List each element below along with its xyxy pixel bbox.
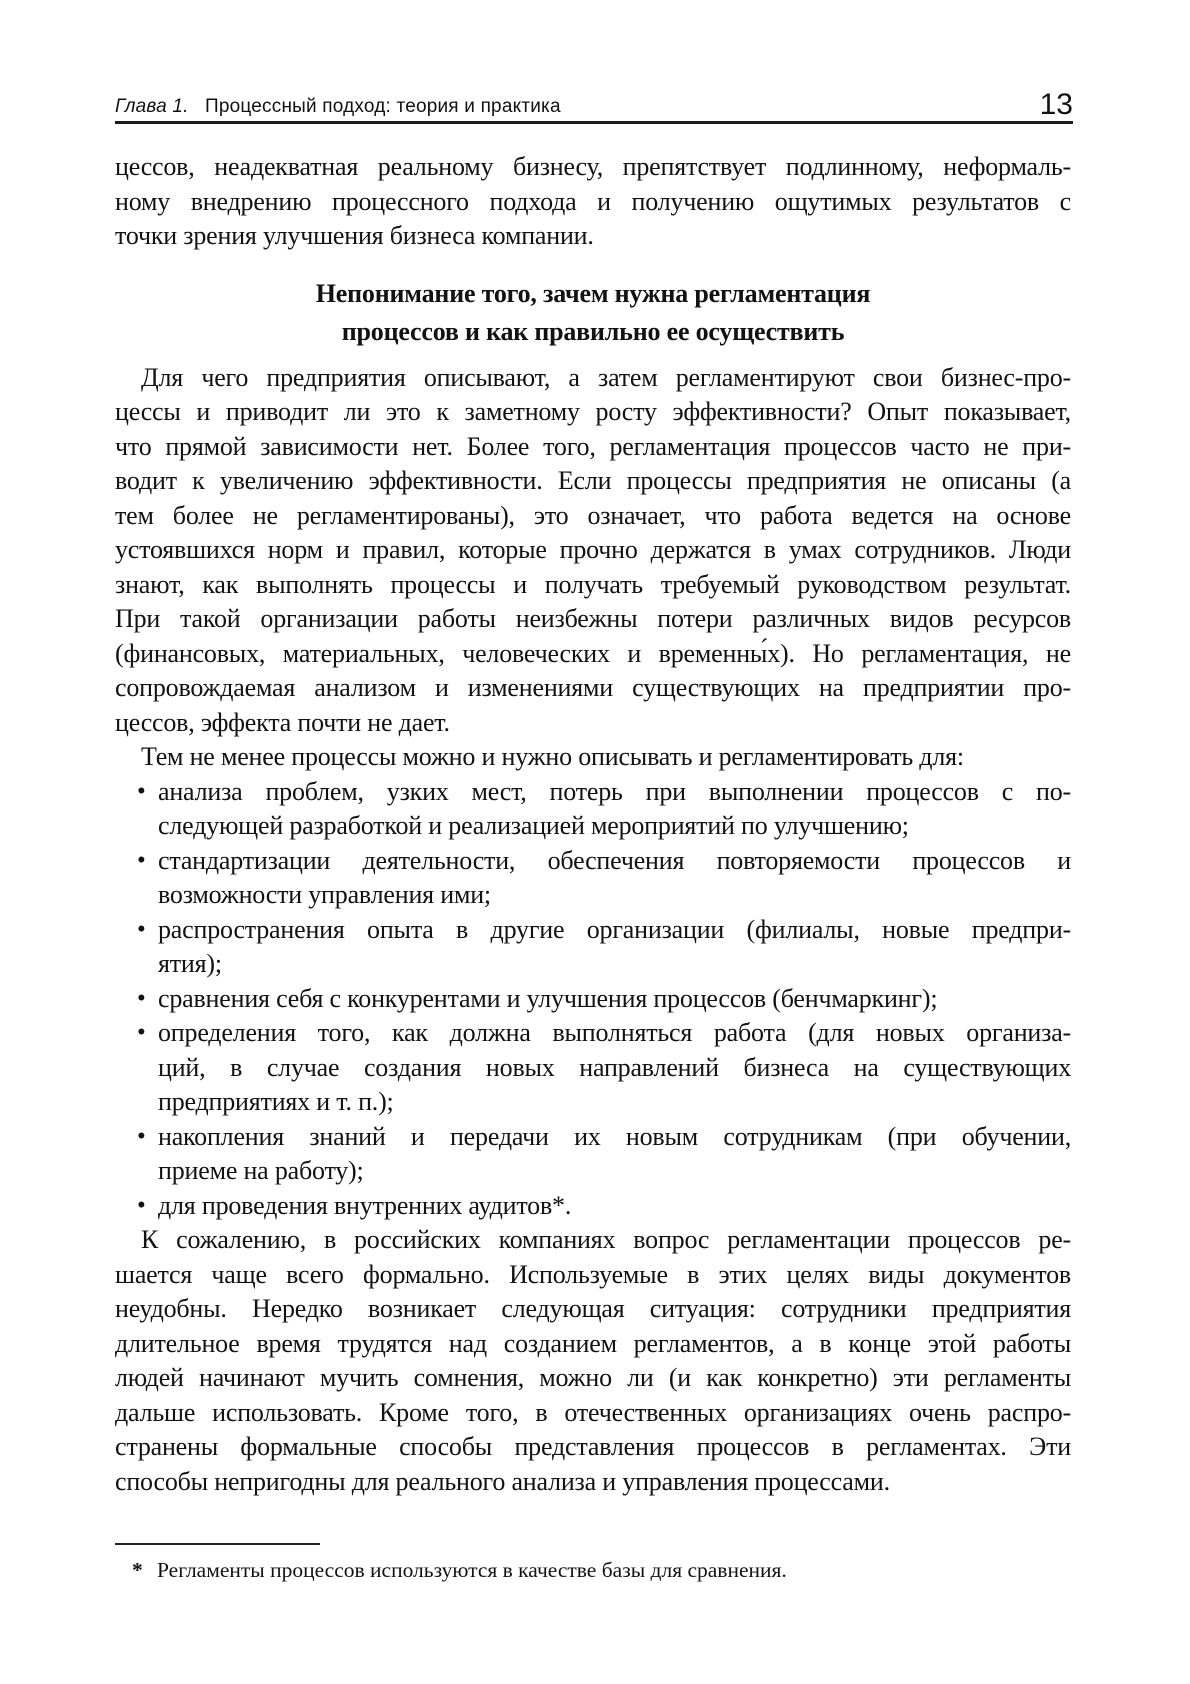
page-header: Глава 1. Процессный подход: теория и пра… — [115, 92, 1073, 124]
bullet-icon: • — [115, 913, 158, 948]
text-line: Для чего предприятия описывают, а затем … — [115, 361, 1071, 396]
text-line: К сожалению, в российских компаниях вопр… — [115, 1223, 1071, 1258]
text-line: накопления знаний и передачи их новым со… — [158, 1120, 1071, 1155]
paragraph-closing: К сожалению, в российских компаниях вопр… — [115, 1223, 1071, 1499]
text-line: При такой организации работы неизбежны п… — [115, 602, 1071, 637]
bullet-item: • накопления знаний и передачи их новым … — [115, 1120, 1071, 1189]
text-line: Тем не менее процессы можно и нужно опис… — [115, 740, 1071, 775]
text-line: Непонимание того, зачем нужна регламента… — [115, 275, 1071, 313]
text-line: сравнения себя с конкурентами и улучшени… — [158, 982, 1071, 1017]
text-line: ному внедрению процессного подхода и пол… — [115, 185, 1071, 220]
bullet-icon: • — [115, 1016, 158, 1051]
text-line: дальше использовать. Кроме того, в отече… — [115, 1396, 1071, 1431]
text-line: людей начинают мучить сомнения, можно ли… — [115, 1361, 1071, 1396]
bullet-list: • анализа проблем, узких мест, потерь пр… — [115, 775, 1071, 1224]
chapter-title: Процессный подход: теория и практика — [205, 96, 561, 117]
bullet-icon: • — [115, 1120, 158, 1155]
text-line: длительное время трудятся над созданием … — [115, 1327, 1071, 1362]
chapter-heading: Глава 1. Процессный подход: теория и пра… — [115, 96, 561, 118]
bullet-icon: • — [115, 982, 158, 1017]
bullet-item: • сравнения себя с конкурентами и улучше… — [115, 982, 1071, 1017]
text-line: что прямой зависимости нет. Более того, … — [115, 430, 1071, 465]
footnote-separator-rule — [115, 1543, 320, 1545]
paragraph-continuation: цессов, неадекватная реальному бизнесу, … — [115, 150, 1071, 254]
bullet-text: для проведения внутренних аудитов*. — [158, 1189, 1071, 1224]
text-line: определения того, как должна выполняться… — [158, 1016, 1071, 1051]
bullet-text: накопления знаний и передачи их новым со… — [158, 1120, 1071, 1189]
text-line: стандартизации деятельности, обеспечения… — [158, 844, 1071, 879]
footnote: * Регламенты процессов используются в ка… — [115, 1543, 1071, 1584]
text-line: цессы и приводит ли это к заметному рост… — [115, 395, 1071, 430]
bullet-icon: • — [115, 1189, 158, 1224]
text-line: водит к увеличению эффективности. Если п… — [115, 464, 1071, 499]
bullet-text: стандартизации деятельности, обеспечения… — [158, 844, 1071, 913]
page-body: цессов, неадекватная реальному бизнесу, … — [115, 150, 1071, 1584]
bullet-text: определения того, как должна выполняться… — [158, 1016, 1071, 1120]
bullet-item: • анализа проблем, узких мест, потерь пр… — [115, 775, 1071, 844]
text-line: неудобны. Нередко возникает следующая си… — [115, 1292, 1071, 1327]
text-line: сопровождаемая анализом и изменениями су… — [115, 671, 1071, 706]
bullet-text: анализа проблем, узких мест, потерь при … — [158, 775, 1071, 844]
text-line: для проведения внутренних аудитов*. — [158, 1189, 1071, 1224]
bullet-text: сравнения себя с конкурентами и улучшени… — [158, 982, 1071, 1017]
text-line: процессов и как правильно ее осуществить — [115, 313, 1071, 351]
paragraph-main: Для чего предприятия описывают, а затем … — [115, 361, 1071, 741]
page-number: 13 — [1040, 92, 1073, 118]
bullet-icon: • — [115, 844, 158, 879]
bullet-text: распространения опыта в другие организац… — [158, 913, 1071, 982]
bullet-item: • определения того, как должна выполнять… — [115, 1016, 1071, 1120]
text-line: устоявшихся норм и правил, которые прочн… — [115, 533, 1071, 568]
text-line: тем более не регламентированы), это озна… — [115, 499, 1071, 534]
bullet-icon: • — [115, 775, 158, 810]
book-page: Глава 1. Процессный подход: теория и пра… — [0, 0, 1190, 1684]
text-line: распространения опыта в другие организац… — [158, 913, 1071, 948]
list-intro: Тем не менее процессы можно и нужно опис… — [115, 740, 1071, 775]
footnote-marker: * — [115, 1557, 157, 1584]
section-heading: Непонимание того, зачем нужна регламента… — [115, 275, 1071, 351]
bullet-item: • распространения опыта в другие организ… — [115, 913, 1071, 982]
text-line: (финансовых, материальных, человеческих … — [115, 637, 1071, 672]
text-line: анализа проблем, узких мест, потерь при … — [158, 775, 1071, 810]
bullet-item: • для проведения внутренних аудитов*. — [115, 1189, 1071, 1224]
text-line: шается чаще всего формально. Используемы… — [115, 1258, 1071, 1293]
text-line: странены формальные способы представлени… — [115, 1430, 1071, 1465]
footnote-text: Регламенты процессов используются в каче… — [157, 1557, 1071, 1584]
text-line: ций, в случае создания новых направлений… — [158, 1051, 1071, 1086]
bullet-item: • стандартизации деятельности, обеспечен… — [115, 844, 1071, 913]
text-line: знают, как выполнять процессы и получать… — [115, 568, 1071, 603]
chapter-label: Глава 1. — [115, 96, 189, 117]
text-line: цессов, неадекватная реальному бизнесу, … — [115, 150, 1071, 185]
